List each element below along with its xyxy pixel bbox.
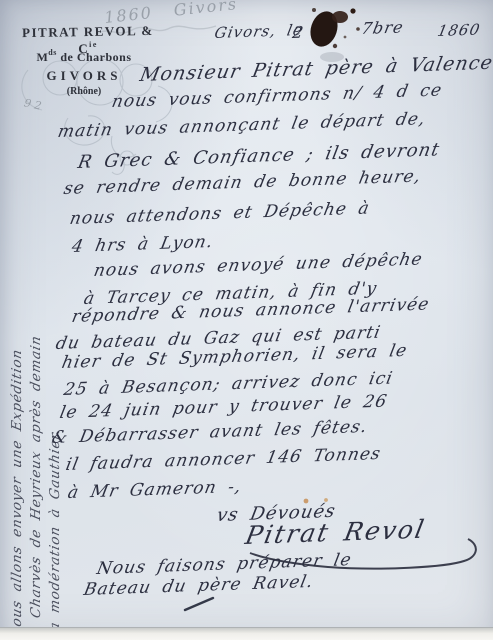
dateline-year: 1860 — [436, 20, 482, 40]
letter-line: 4 hrs à Lyon. — [70, 232, 215, 257]
margin-line: nous allons envoyer une Expédition — [8, 202, 27, 638]
letterhead-city: GIVORS — [34, 68, 134, 84]
scan-bottom-edge — [0, 627, 493, 640]
margin-line: à Charvès de Heyrieux après demain — [27, 202, 46, 638]
letter-scan: PITRAT REVOL & Cie Mds de Charbons GIVOR… — [0, 0, 493, 640]
letter-line: à Mr Gameron -, — [66, 477, 244, 503]
letterhead-trade: Mds de Charbons — [20, 48, 148, 65]
margin-line: la modération à Gauthier. — [46, 202, 65, 638]
stray-pen-stroke — [182, 594, 218, 614]
letterhead-trade-superscript: ds — [48, 48, 57, 57]
letter-line: nous attendons et Dépêche à — [68, 198, 372, 229]
margin-note: nous allons envoyer une Expédition à Cha… — [8, 204, 65, 636]
letterhead-trade-text: de Charbons — [57, 50, 132, 64]
letterhead-trade-initial: M — [36, 50, 48, 64]
letter-line: il faudra annoncer 146 Tonnes — [64, 444, 383, 475]
